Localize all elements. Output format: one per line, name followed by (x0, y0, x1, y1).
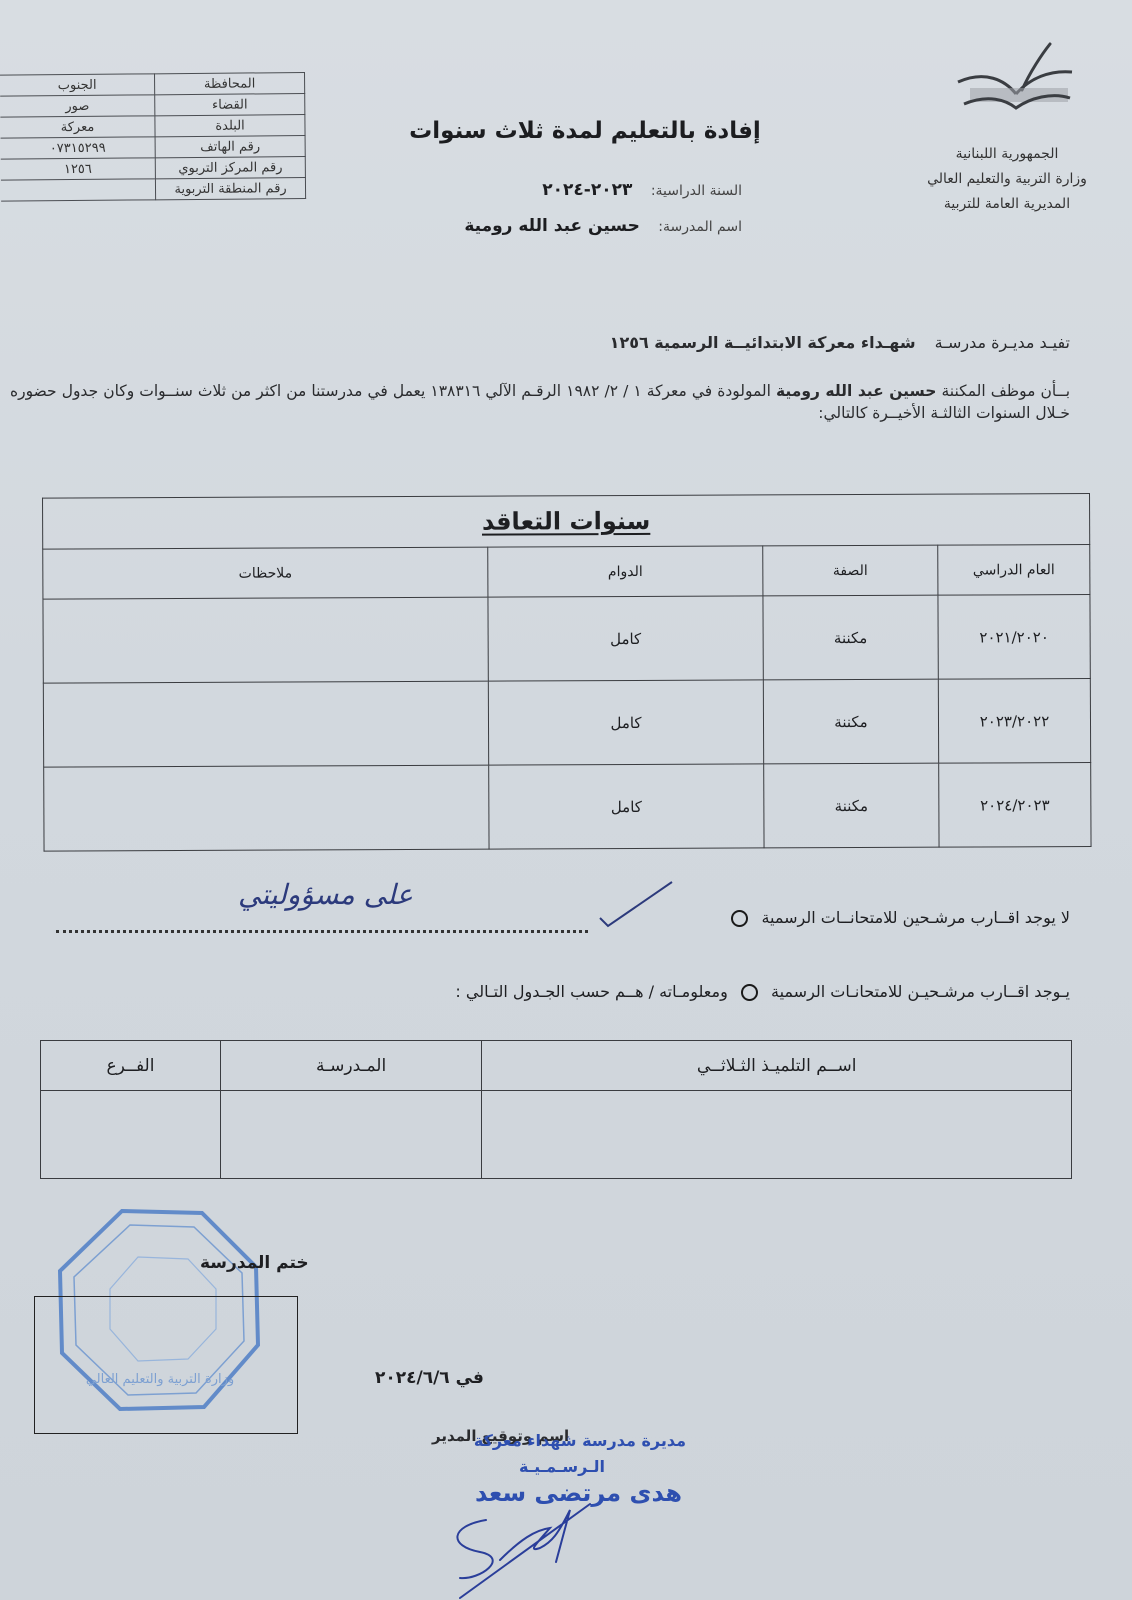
table-header-row: العام الدراسي الصفة الدوام ملاحظات (43, 545, 1090, 600)
header-branch: الفــرع (41, 1041, 221, 1091)
relatives-table: اســم التلميـذ الثـلاثــي المـدرسـة الفـ… (40, 1040, 1072, 1179)
certification-paragraph: بــأن موظف المكننة حسين عبد الله رومية ا… (10, 380, 1070, 424)
directorate-line: المديرية العامة للتربية (902, 192, 1112, 217)
header-notes: ملاحظات (43, 547, 488, 599)
cell-year: ٢٠٢٣/٢٠٢٢ (938, 679, 1090, 764)
info-value: ١٢٥٦ (1, 158, 156, 180)
intro-school-name: شهـداء معركة الابتدائيــة الرسمية ١٢٥٦ (610, 333, 916, 352)
school-stamp-label: ختم المدرسة (200, 1253, 309, 1273)
table-row: ٢٠٢٣/٢٠٢٢ مكننة كامل (43, 679, 1090, 768)
cell-notes (44, 765, 489, 851)
cell-role: مكننة (763, 679, 938, 764)
info-row-phone: رقم الهاتف ٠٧٣١٥٢٩٩ (1, 136, 306, 160)
cell-year: ٢٠٢١/٢٠٢٠ (938, 595, 1090, 680)
header-role: الصفة (763, 545, 938, 596)
dotted-line (56, 930, 588, 933)
info-value: معركة (0, 116, 155, 138)
academic-year-label: السنة الدراسية: (651, 183, 742, 199)
school-info-table: المحافظة الجنوب القضاء صور البلدة معركة … (0, 72, 306, 202)
handwritten-signature-icon (440, 1490, 600, 1600)
school-name-value: حسين عبد الله رومية (464, 216, 640, 236)
info-value: صور (0, 95, 155, 117)
info-label: رقم المنطقة التربوية (156, 178, 306, 200)
header-academic-year: العام الدراسي (938, 545, 1090, 596)
no-relatives-label: لا يوجد اقــارب مرشـحين للامتحانــات الر… (761, 908, 1070, 927)
cell-shift: كامل (488, 596, 763, 681)
info-row-town: البلدة معركة (0, 115, 305, 139)
school-name-line: اسم المدرسة: حسين عبد الله رومية (464, 216, 742, 236)
school-stamp-box (34, 1296, 298, 1434)
handwritten-note: على مسؤوليتي (238, 878, 413, 911)
table-row: ٢٠٢١/٢٠٢٠ مكننة كامل (43, 595, 1090, 684)
academic-year-value: ٢٠٢٣-٢٠٢٤ (542, 180, 632, 200)
employee-name: حسين عبد الله رومية (776, 382, 936, 400)
info-row-governorate: المحافظة الجنوب (0, 73, 305, 97)
has-relatives-radio[interactable] (741, 984, 758, 1001)
checkmark-icon (596, 880, 676, 930)
ministry-header: الجمهورية اللبنانية وزارة التربية والتعل… (902, 142, 1112, 217)
has-relatives-option[interactable]: يـوجد اقــارب مرشـحيـن للامتحانـات الرسم… (455, 982, 1070, 1001)
principal-stamp-title: مديرة مدرسة شهداء معركة (432, 1428, 692, 1454)
contract-years-table: سنوات التعاقد العام الدراسي الصفة الدوام… (42, 493, 1092, 852)
header-school: المـدرسـة (220, 1041, 481, 1091)
info-label: البلدة (155, 115, 305, 137)
has-relatives-label: يـوجد اقــارب مرشـحيـن للامتحانـات الرسم… (771, 982, 1070, 1001)
table-row (41, 1091, 1072, 1179)
info-row-region-number: رقم المنطقة التربوية (1, 178, 306, 202)
document-title: إفادة بالتعليم لمدة ثلاث سنوات (380, 118, 790, 144)
no-relatives-option[interactable]: لا يوجد اقــارب مرشـحين للامتحانــات الر… (723, 908, 1070, 927)
issue-date: في ٢٠٢٤/٦/٦ (375, 1368, 484, 1388)
header-shift: الدوام (488, 546, 763, 597)
cell-shift: كامل (488, 680, 763, 765)
info-value: الجنوب (0, 74, 155, 96)
cell-shift: كامل (489, 764, 764, 849)
cell-notes (43, 681, 488, 767)
cell-year: ٢٠٢٤/٢٠٢٣ (939, 762, 1091, 847)
table-caption: سنوات التعاقد (43, 494, 1090, 550)
ministry-line: وزارة التربية والتعليم العالي (902, 167, 1112, 192)
principal-stamp-official: الـرسـمـيـة (432, 1454, 692, 1480)
info-label: القضاء (155, 94, 305, 116)
cell-school (220, 1091, 481, 1179)
info-row-district: القضاء صور (0, 94, 305, 118)
republic-line: الجمهورية اللبنانية (902, 142, 1112, 167)
table-header-row: اســم التلميـذ الثـلاثــي المـدرسـة الفـ… (41, 1041, 1072, 1091)
para-part1: بــأن موظف المكننة (942, 382, 1071, 400)
has-relatives-suffix: ومعلومـاته / هــم حسب الجـدول التـالي : (455, 982, 727, 1001)
school-name-label: اسم المدرسة: (658, 219, 742, 235)
info-label: رقم الهاتف (155, 136, 305, 158)
ministry-book-logo-icon (950, 42, 1080, 112)
info-label: رقم المركز التربوي (155, 157, 305, 179)
cell-branch (41, 1091, 221, 1179)
no-relatives-radio[interactable] (731, 910, 748, 927)
info-row-center-number: رقم المركز التربوي ١٢٥٦ (1, 157, 306, 181)
info-value (1, 179, 156, 201)
info-label: المحافظة (155, 73, 305, 95)
intro-line: تفيـد مديـرة مدرسـة شهـداء معركة الابتدا… (610, 333, 1070, 352)
header-student-name: اســم التلميـذ الثـلاثــي (482, 1041, 1072, 1091)
table-caption-row: سنوات التعاقد (43, 494, 1090, 550)
cell-role: مكننة (764, 763, 939, 848)
intro-prefix: تفيـد مديـرة مدرسـة (935, 333, 1070, 352)
cell-notes (43, 597, 488, 683)
table-row: ٢٠٢٤/٢٠٢٣ مكننة كامل (44, 762, 1091, 851)
cell-role: مكننة (763, 595, 938, 680)
cell-student-name (482, 1091, 1072, 1179)
info-value: ٠٧٣١٥٢٩٩ (1, 137, 156, 159)
academic-year-line: السنة الدراسية: ٢٠٢٣-٢٠٢٤ (542, 180, 742, 200)
